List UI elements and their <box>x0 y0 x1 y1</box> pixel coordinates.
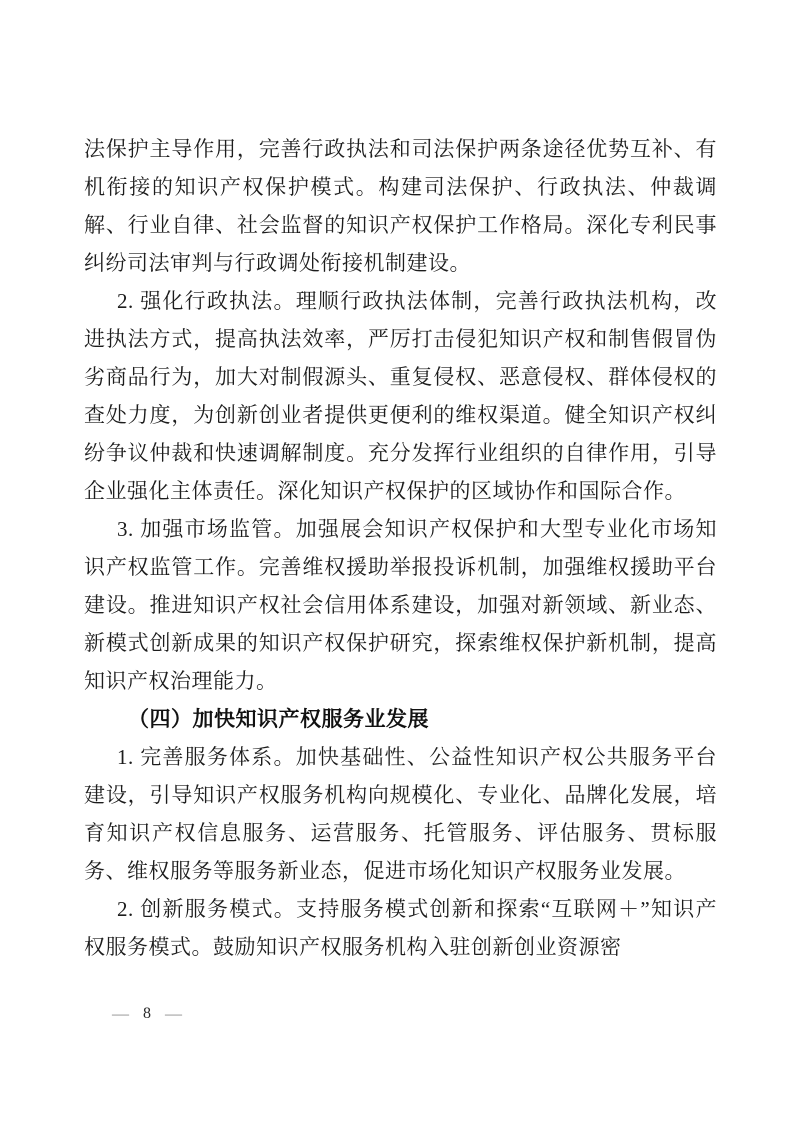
paragraph-continuation: 法保护主导作用，完善行政执法和司法保护两条途径优势互补、有机衔接的知识产权保护模… <box>84 130 717 282</box>
document-body: 法保护主导作用，完善行政执法和司法保护两条途径优势互补、有机衔接的知识产权保护模… <box>84 130 717 966</box>
page-footer: — 8 — <box>112 1001 182 1027</box>
section-heading: （四）加快知识产权服务业发展 <box>84 700 717 738</box>
paragraph-strengthen-enforcement: 2. 强化行政执法。理顺行政执法体制，完善行政执法机构，改进执法方式，提高执法效… <box>84 282 717 510</box>
paragraph-service-system: 1. 完善服务体系。加快基础性、公益性知识产权公共服务平台建设，引导知识产权服务… <box>84 738 717 890</box>
footer-dash-left: — <box>112 1001 129 1027</box>
paragraph-service-model: 2. 创新服务模式。支持服务模式创新和探索“互联网＋”知识产权服务模式。鼓励知识… <box>84 890 717 966</box>
document-page: 法保护主导作用，完善行政执法和司法保护两条途径优势互补、有机衔接的知识产权保护模… <box>0 0 800 1131</box>
paragraph-market-supervision: 3. 加强市场监管。加强展会知识产权保护和大型专业化市场知识产权监管工作。完善维… <box>84 510 717 700</box>
page-number: 8 <box>143 1001 151 1027</box>
footer-dash-right: — <box>165 1001 182 1027</box>
